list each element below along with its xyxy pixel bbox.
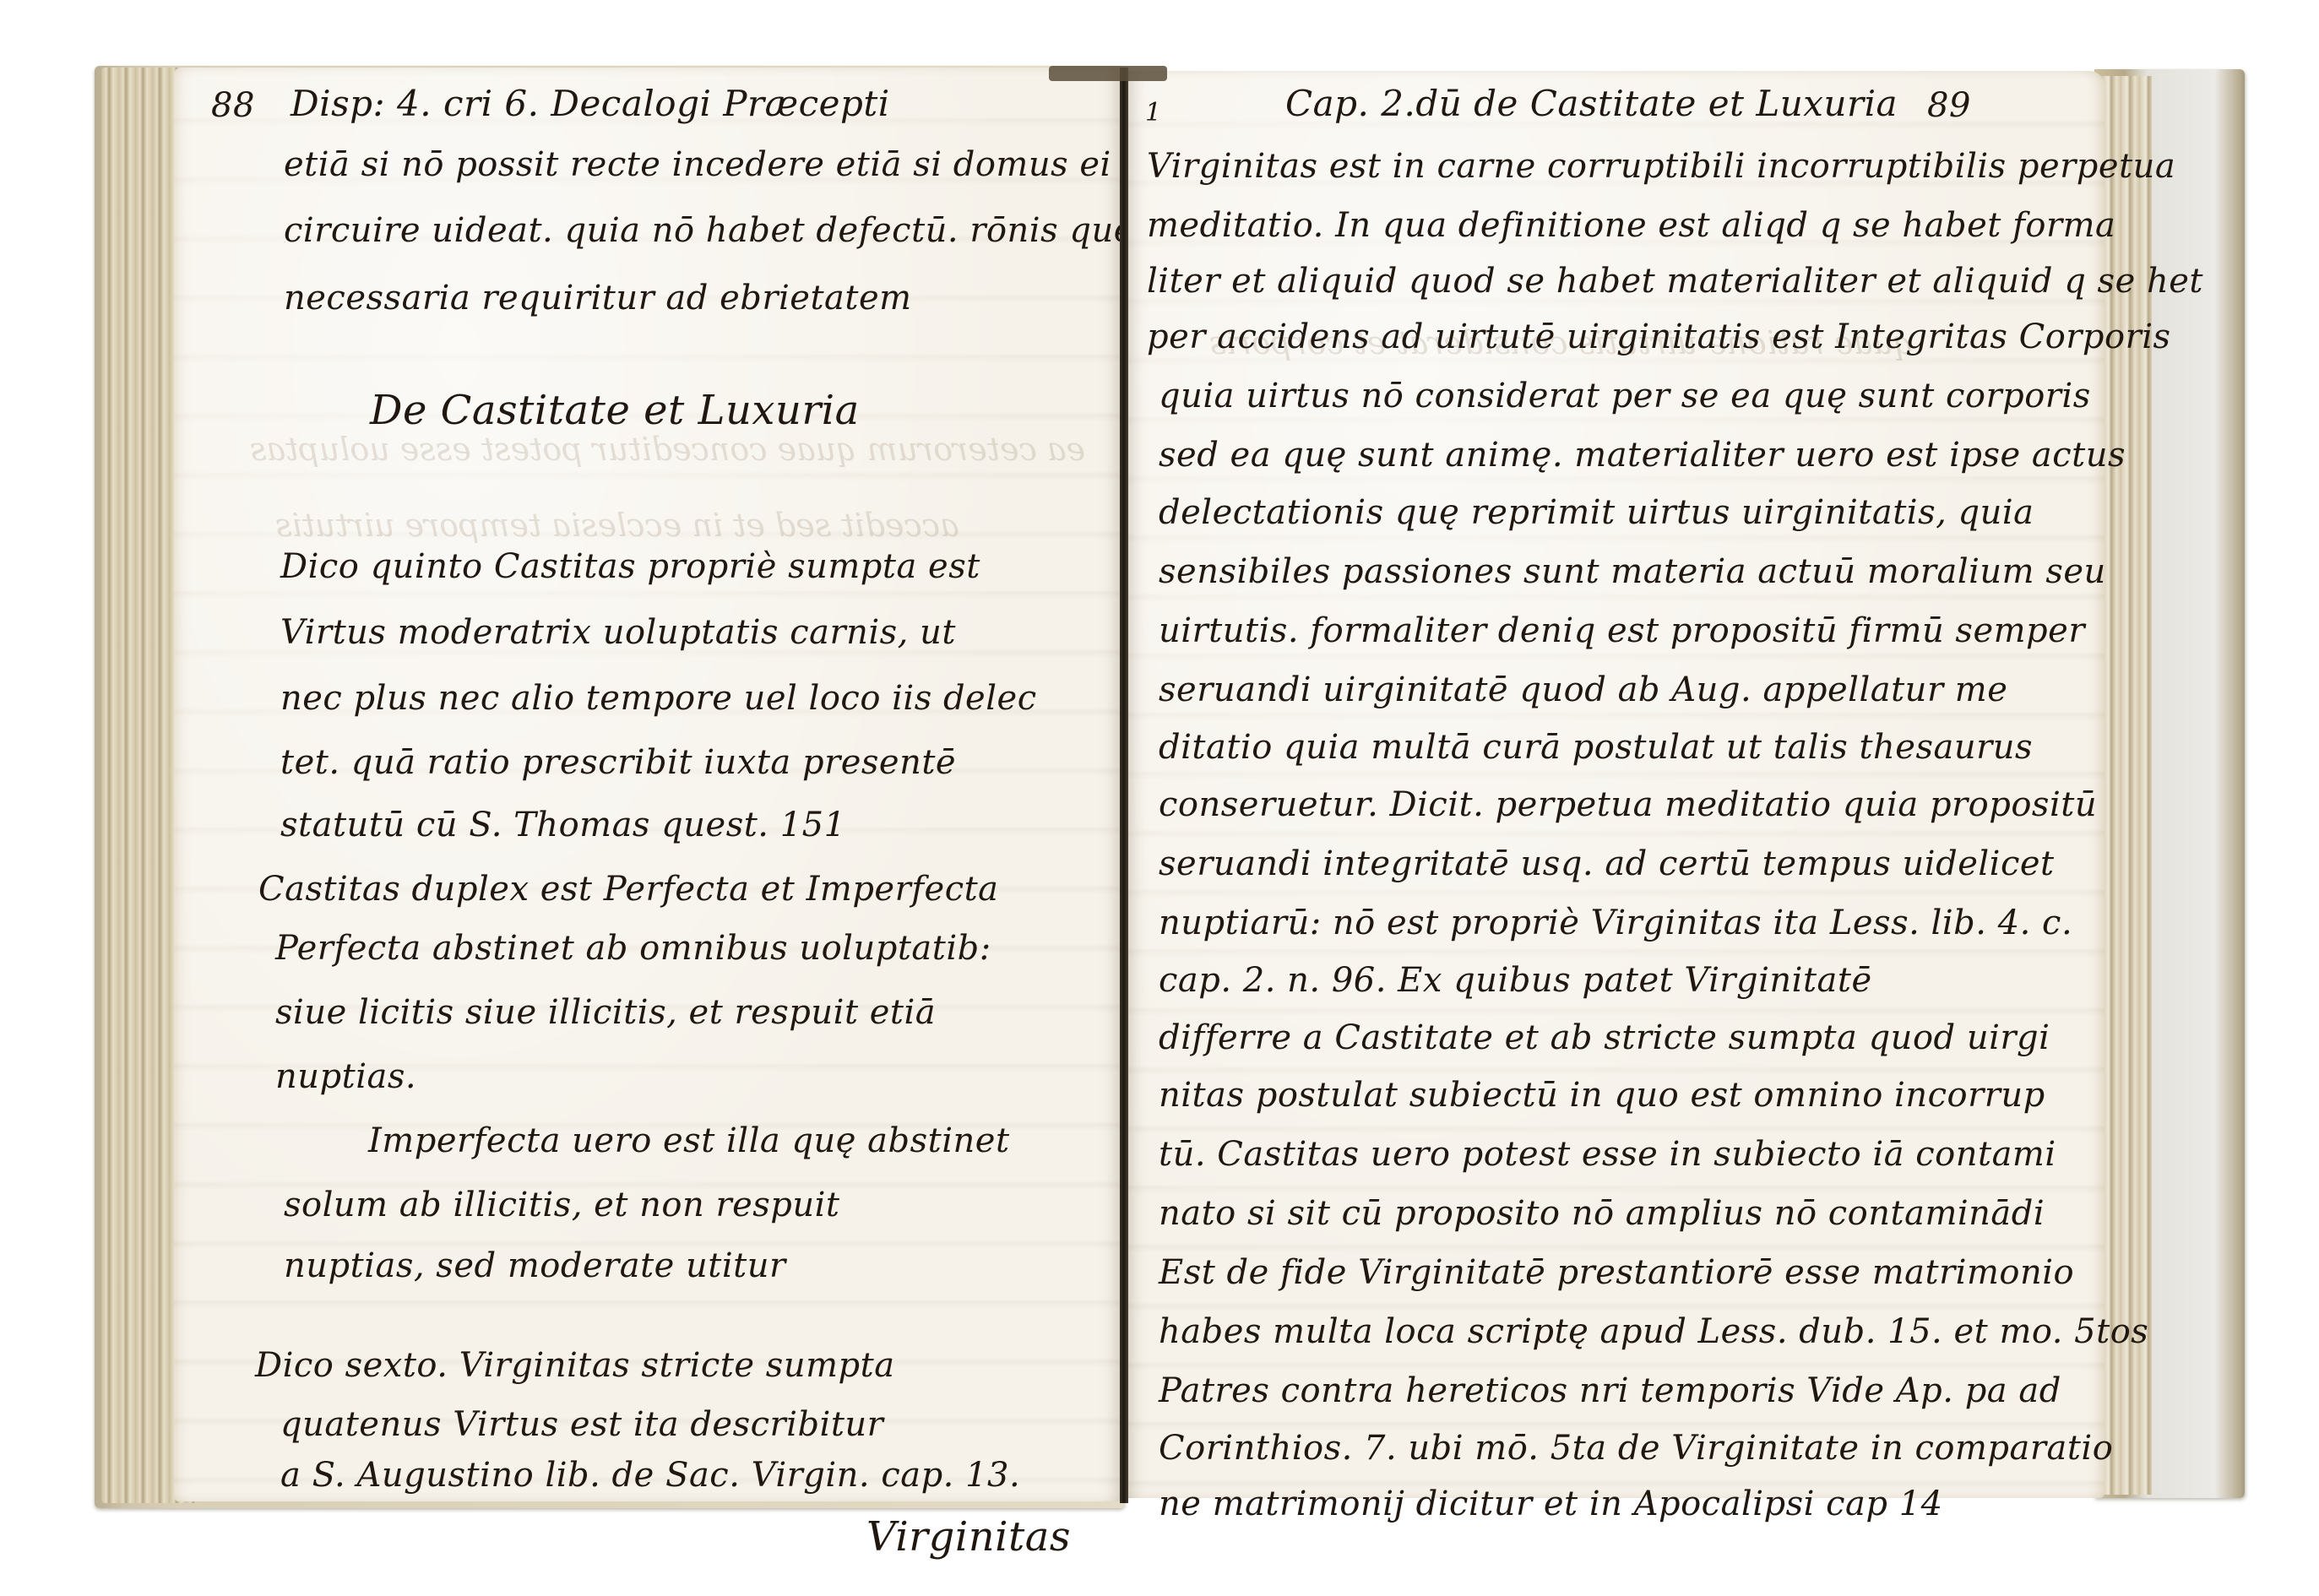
- text-line: circuire uideat. quia nō habet defectū. …: [284, 211, 1134, 250]
- text-line: nato si sit cū proposito nō amplius nō c…: [1159, 1194, 2045, 1233]
- show-through-ink: ea ceterorum quae conceditur potest esse…: [250, 431, 1085, 468]
- text-line: nitas postulat subiectū in quo est omnin…: [1159, 1076, 2045, 1115]
- folio-number: 88: [211, 86, 255, 125]
- text-line: necessaria requiritur ad ebrietatem: [284, 279, 912, 318]
- text-line: a S. Augustino lib. de Sac. Virgin. cap.…: [280, 1456, 1020, 1495]
- text-line: liter et aliquid quod se habet materiali…: [1147, 262, 2203, 301]
- text-line: solum ab illicitis, et non respuit: [284, 1186, 840, 1224]
- show-through-ink: accedit sed et in ecclesia tempore uirtu…: [275, 507, 959, 544]
- running-head: Disp: 4. cri 6. Decalogi Præcepti: [291, 83, 890, 124]
- text-line: Corinthios. 7. ubi mō. 5ta de Virginitat…: [1159, 1429, 2113, 1468]
- text-line: cap. 2. n. 96. Ex quibus patet Virginita…: [1159, 961, 1872, 1000]
- text-line: quia uirtus nō considerat per se ea quę …: [1159, 377, 2091, 415]
- text-line: etiā si nō possit recte incedere etiā si…: [284, 145, 1111, 184]
- text-line: meditatio. In qua definitione est aliqd …: [1147, 206, 2115, 245]
- text-line: differre a Castitate et ab stricte sumpt…: [1159, 1018, 2050, 1057]
- text-line: seruandi integritatē usq. ad certū tempu…: [1159, 844, 2055, 883]
- spine-headband: [1049, 66, 1167, 81]
- text-line: per accidens ad uirtutē uirginitatis est…: [1147, 318, 2171, 356]
- text-line: ne matrimonij dicitur et in Apocalipsi c…: [1159, 1485, 1943, 1523]
- text-line: Dico sexto. Virginitas stricte sumpta: [255, 1346, 895, 1385]
- text-line: delectationis quę reprimit uirtus uirgin…: [1159, 493, 2034, 532]
- text-line: Perfecta abstinet ab omnibus uoluptatib:: [275, 929, 991, 968]
- text-line: Imperfecta uero est illa quę abstinet: [368, 1121, 1010, 1160]
- open-manuscript-book: ea ceterorum quae conceditur potest esse…: [0, 0, 2319, 1596]
- text-line: uirtutis. formaliter deniq est propositū…: [1159, 611, 2085, 650]
- left-page: ea ceterorum quae conceditur potest esse…: [174, 68, 1123, 1501]
- text-line: ditatio quia multā curā postulat ut tali…: [1159, 728, 2033, 767]
- right-page: quae ratione uirtutis considerat et corp…: [1125, 71, 2104, 1498]
- text-line: Castitas duplex est Perfecta et Imperfec…: [258, 870, 999, 909]
- book-gutter: [1120, 68, 1128, 1503]
- text-line: nec plus nec alio tempore uel loco iis d…: [280, 679, 1037, 718]
- text-line: Dico quinto Castitas propriè sumpta est: [280, 547, 980, 586]
- text-line: conseruetur. Dicit. perpetua meditatio q…: [1159, 785, 2097, 824]
- text-line: tet. quā ratio prescribit iuxta presentē: [280, 743, 956, 782]
- text-line: Virtus moderatrix uoluptatis carnis, ut: [280, 613, 956, 652]
- text-line: nuptias, sed moderate utitur: [284, 1246, 786, 1285]
- text-line: seruandi uirginitatē quod ab Aug. appell…: [1159, 670, 2007, 709]
- text-line: tū. Castitas uero potest esse in subiect…: [1159, 1135, 2056, 1174]
- folio-number: 89: [1927, 86, 1971, 125]
- section-title: De Castitate et Luxuria: [370, 387, 860, 434]
- text-line: quatenus Virtus est ita describitur: [280, 1405, 883, 1444]
- text-line: Est de fide Virginitatē prestantiorē ess…: [1159, 1253, 2074, 1292]
- text-line: Patres contra hereticos nri temporis Vid…: [1159, 1371, 2061, 1410]
- text-line: statutū cū S. Thomas quest. 151: [280, 806, 846, 844]
- text-line: nuptiarū: nō est propriè Virginitas ita …: [1159, 904, 2072, 942]
- running-head: Cap. 2.dū de Castitate et Luxuria: [1285, 83, 1898, 124]
- text-line: sensibiles passiones sunt materia actuū …: [1159, 552, 2106, 591]
- corner-mark: 1: [1145, 98, 1162, 128]
- text-line: sed ea quę sunt animę. materialiter uero…: [1159, 436, 2126, 475]
- text-line: siue licitis siue illicitis, et respuit …: [275, 993, 936, 1032]
- catchword: Virginitas: [866, 1513, 1071, 1561]
- text-line: nuptias.: [275, 1057, 416, 1096]
- text-line: Virginitas est in carne corruptibili inc…: [1147, 147, 2175, 186]
- text-line: habes multa loca scriptę apud Less. dub.…: [1159, 1312, 2148, 1351]
